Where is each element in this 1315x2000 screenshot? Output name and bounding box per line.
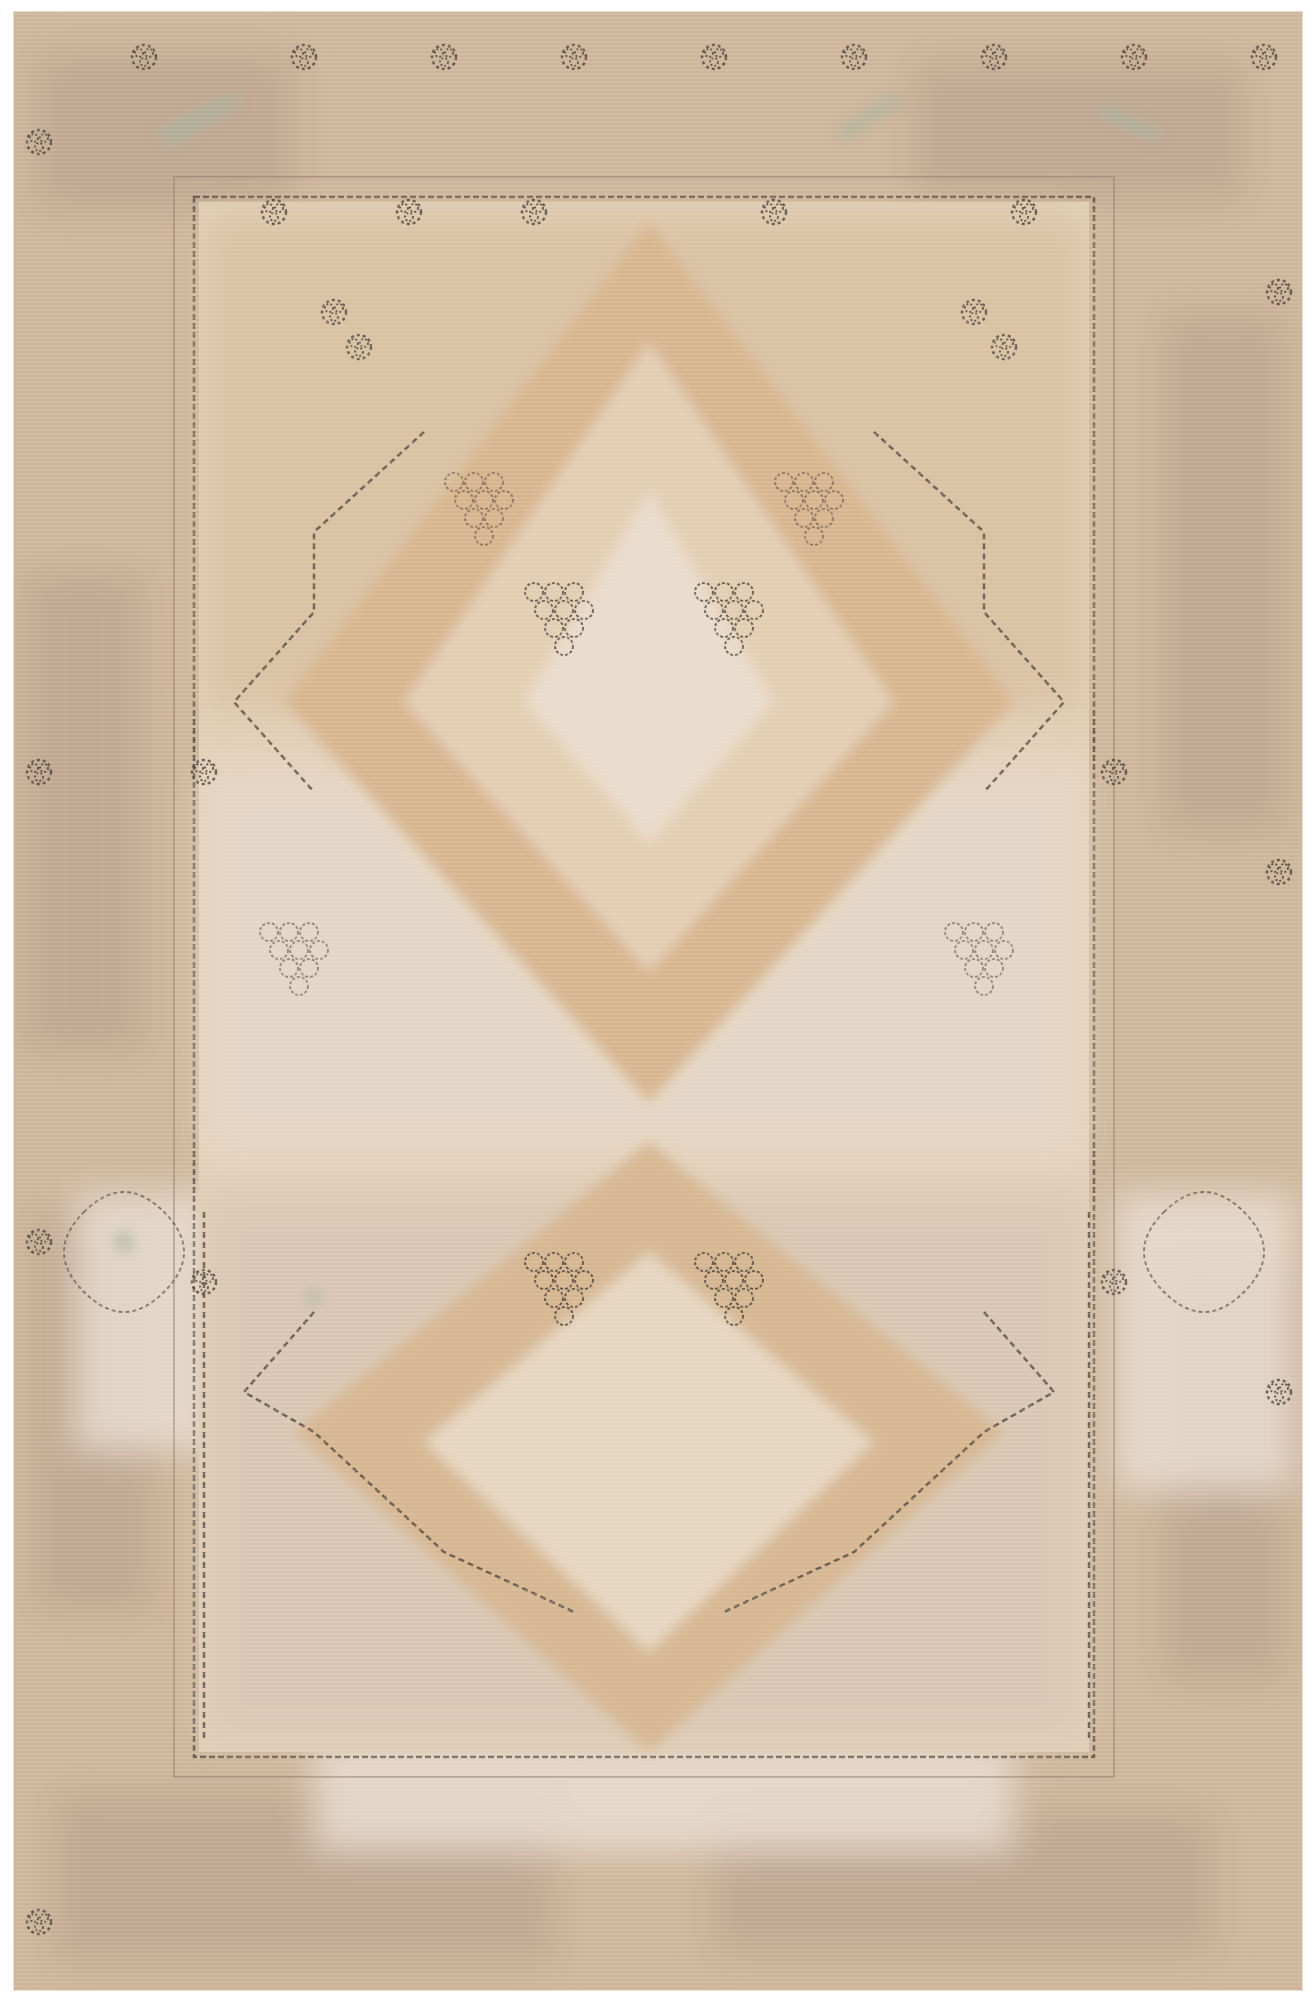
rug-pattern (14, 12, 1302, 1990)
weave-texture (14, 12, 1302, 1990)
rug (14, 12, 1302, 1990)
